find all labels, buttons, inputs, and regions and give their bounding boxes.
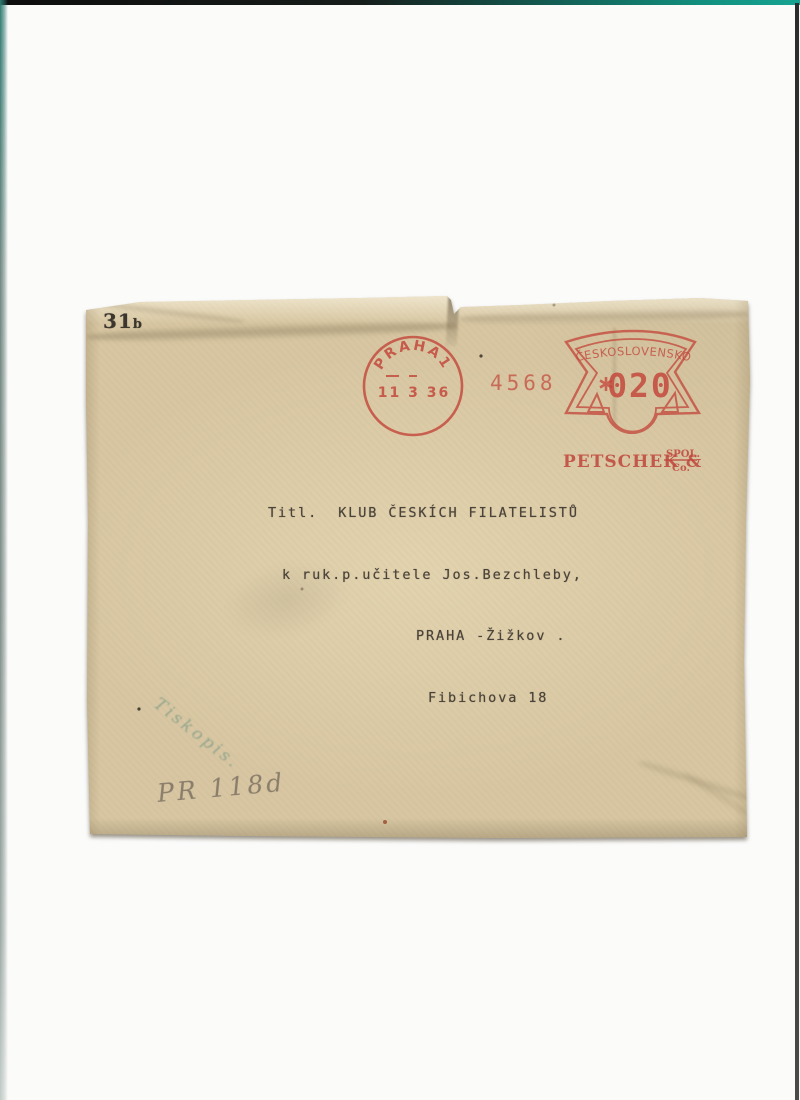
corner-mark-number: 31 [103,309,133,333]
meter-counter-number: 4568 [490,371,557,395]
right-edge-shading [734,300,750,838]
red-meter-franking: PRAHA1 11 3 36 4568 ČESK [340,320,730,485]
tiskopis-handstamp: Tiskopis. [150,694,244,773]
frame-triangle-left [588,394,604,412]
address-line-4: Fibichova 18 [428,688,583,709]
paper-specks [0,0,2,2]
typed-address-block: Titl. KLUB ČESKÍCH FILATELISTŮ k ruk.p.u… [268,462,583,749]
pencil-catalog-note: PR 118d [156,768,286,808]
address-line-1: Titl. KLUB ČESKÍCH FILATELISTŮ [268,503,583,524]
wrinkle-bottom-right-2 [681,770,779,836]
corner-mark-suffix: b [133,317,143,332]
left-edge-shading [86,300,100,836]
svg-text:PRAHA1: PRAHA1 [371,338,455,373]
envelope-paper: 31b Titl. KLUB ČESKÍCH FILATELISTŮ k ruk… [0,0,800,1100]
svg-text:ČESKOSLOVENSKO: ČESKOSLOVENSKO [574,344,693,364]
address-line-2: k ruk.p.učitele Jos.Bezchleby, [282,565,583,586]
address-line-3: PRAHA -Žižkov . [416,626,583,647]
envelope-scan: 31b Titl. KLUB ČESKÍCH FILATELISTŮ k ruk… [0,0,800,1100]
meter-sender-fraction-bottom: Co. [672,463,690,474]
meter-value: 020 [607,366,673,405]
bottom-edge-shading [86,818,748,838]
datestamp-town: PRAHA1 [371,338,455,373]
corner-control-mark: 31b [103,309,143,333]
meter-sender-fraction-top: SPOL. [666,449,700,460]
meter-country: ČESKOSLOVENSKO [574,344,693,364]
datestamp-date: 11 3 36 [378,385,450,401]
wrinkle-bottom-right-1 [637,757,768,808]
